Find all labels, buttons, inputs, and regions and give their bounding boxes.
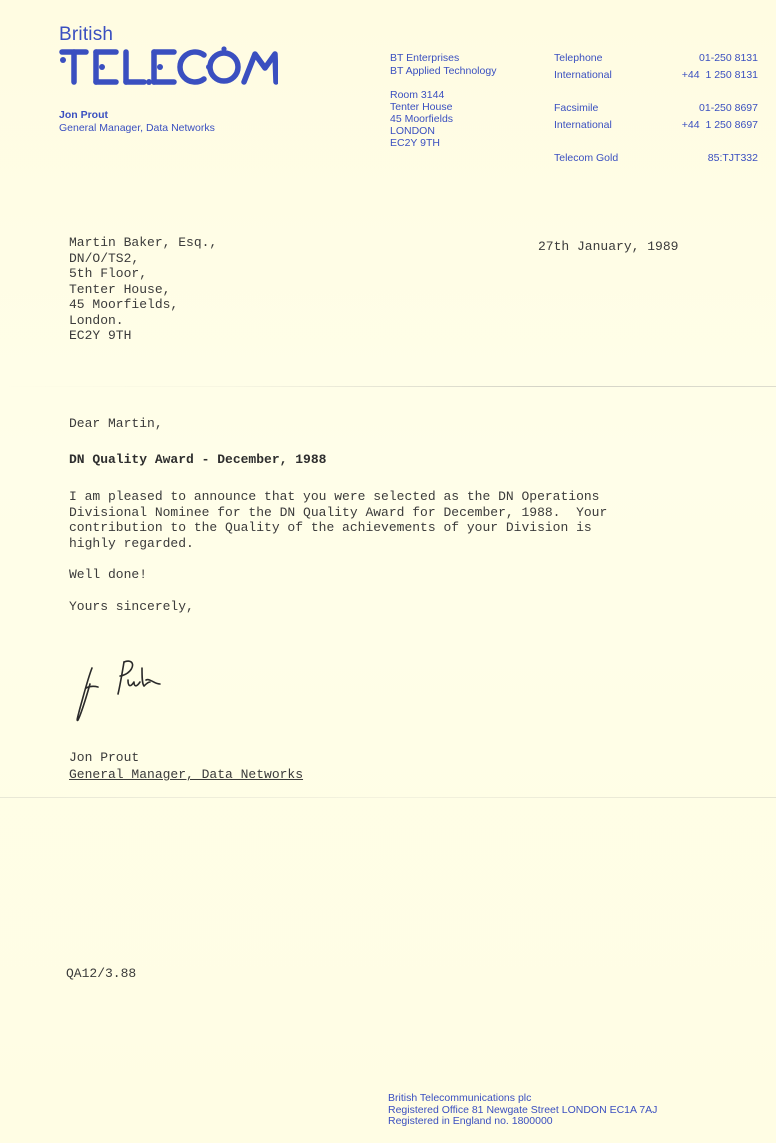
recipient-line: 45 Moorfields,: [69, 297, 217, 313]
sender-name: Jon Prout: [59, 109, 108, 121]
contact-row-telephone: Telephone 01-250 8131: [554, 52, 758, 69]
department-line: BT Enterprises: [390, 52, 496, 65]
office-address: Room 3144 Tenter House 45 Moorfields LON…: [390, 89, 453, 149]
letter-date: 27th January, 1989: [538, 239, 678, 254]
recipient-line: Martin Baker, Esq.,: [69, 235, 217, 251]
body-line: I am pleased to announce that you were s…: [69, 489, 669, 505]
contact-label: International: [554, 69, 612, 86]
salutation: Dear Martin,: [69, 416, 163, 431]
contact-label: Facsimile: [554, 102, 598, 119]
sender-title: General Manager, Data Networks: [59, 122, 215, 134]
paper-fold-line: [0, 797, 776, 798]
company-footer: British Telecommunications plc Registere…: [388, 1093, 657, 1128]
address-line: 45 Moorfields: [390, 113, 453, 125]
well-done-text: Well done!: [69, 567, 147, 582]
telecom-logo: [58, 46, 278, 93]
body-line: contribution to the Quality of the achie…: [69, 520, 669, 536]
signer-title: General Manager, Data Networks: [69, 767, 303, 782]
contact-value: 01-250 8697: [699, 102, 758, 119]
subject-line: DN Quality Award - December, 1988: [69, 452, 326, 467]
signature: [70, 654, 180, 731]
contact-row-telecom-gold: Telecom Gold 85:TJT332: [554, 152, 758, 169]
recipient-line: 5th Floor,: [69, 266, 217, 282]
footer-line: British Telecommunications plc: [388, 1093, 657, 1105]
department-line: BT Applied Technology: [390, 65, 496, 78]
contact-value: +44 1 250 8697: [682, 119, 758, 136]
recipient-address: Martin Baker, Esq., DN/O/TS2, 5th Floor,…: [69, 235, 217, 344]
letter-body: I am pleased to announce that you were s…: [69, 489, 669, 551]
address-line: Room 3144: [390, 89, 453, 101]
contact-row-facsimile: Facsimile 01-250 8697: [554, 102, 758, 119]
body-line: highly regarded.: [69, 536, 669, 552]
contact-value: 85:TJT332: [708, 152, 758, 169]
brand-top-text: British: [59, 24, 113, 46]
paper-fold-line: [0, 386, 776, 387]
body-line: Divisional Nominee for the DN Quality Aw…: [69, 505, 669, 521]
contact-label: Telephone: [554, 52, 602, 69]
contact-label: Telecom Gold: [554, 152, 618, 169]
recipient-line: EC2Y 9TH: [69, 328, 217, 344]
contact-value: +44 1 250 8131: [682, 69, 758, 86]
contact-value: 01-250 8131: [699, 52, 758, 69]
contact-row-international-phone: International +44 1 250 8131: [554, 69, 758, 86]
recipient-line: Tenter House,: [69, 282, 217, 298]
reference-code: QA12/3.88: [66, 966, 136, 981]
address-line: LONDON: [390, 125, 453, 137]
contact-details: Telephone 01-250 8131 International +44 …: [554, 52, 758, 169]
address-line: Tenter House: [390, 101, 453, 113]
contact-row-international-fax: International +44 1 250 8697: [554, 119, 758, 136]
department-block: BT Enterprises BT Applied Technology: [390, 52, 496, 77]
contact-label: International: [554, 119, 612, 136]
address-line: EC2Y 9TH: [390, 137, 453, 149]
closing: Yours sincerely,: [69, 599, 194, 614]
signer-name: Jon Prout: [69, 750, 139, 765]
footer-line: Registered in England no. 1800000: [388, 1116, 657, 1128]
recipient-line: London.: [69, 313, 217, 329]
recipient-line: DN/O/TS2,: [69, 251, 217, 267]
